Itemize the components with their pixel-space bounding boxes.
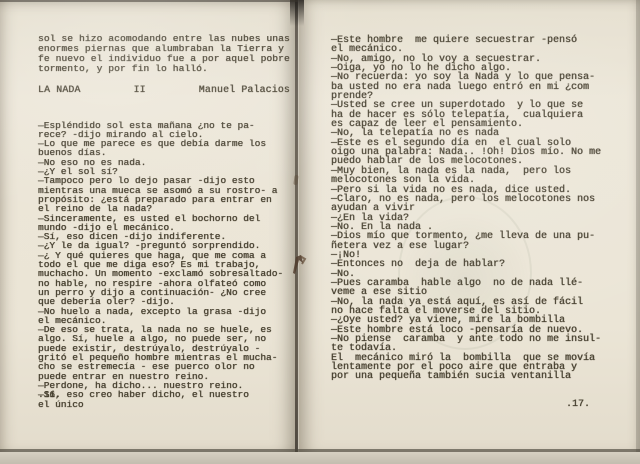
left-page-number: .16. [38, 390, 61, 399]
text-line: ñetera vez a ese lugar? [331, 242, 601, 251]
work-title: LA NADA [38, 84, 81, 95]
chapter-title-row: LA NADA II Manuel Palacios [38, 84, 290, 95]
text-line: tormento, y por fin lo halló. [38, 64, 290, 74]
text-line: por una pequeña también sucia ventanilla [331, 372, 601, 381]
left-page-body: —Espléndido sol esta mañana ¿no te pa-re… [38, 102, 283, 409]
scanned-book-spread: sol se hizo acomodando entre las nubes u… [0, 0, 640, 464]
staple-icon [290, 253, 308, 277]
spine-crease [295, 0, 298, 452]
right-page-number: .17. [566, 399, 590, 410]
page-top-edge [0, 0, 298, 2]
gutter-shadow-top [290, 0, 304, 26]
page-right-edge [636, 0, 640, 452]
right-page-body: —Este hombre me quiere secuestrar -pensó… [331, 36, 601, 382]
left-page-top-paragraph: sol se hizo acomodando entre las nubes u… [38, 34, 290, 74]
chapter-number: II [134, 84, 146, 95]
text-line: —Entonces no deja de hablar? [331, 260, 601, 269]
author-name: Manuel Palacios [199, 84, 290, 95]
text-line: el único [38, 400, 283, 409]
surface-below-page [0, 452, 640, 464]
